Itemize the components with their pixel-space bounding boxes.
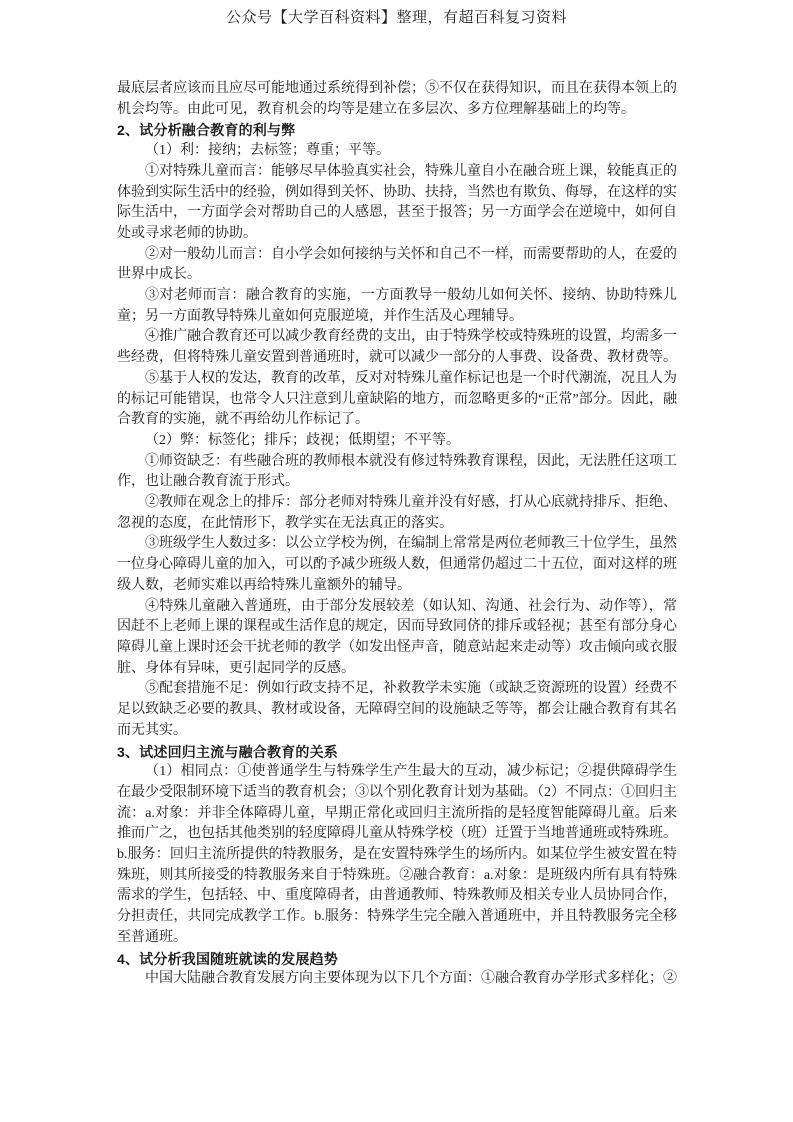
page-header: 公众号【大学百科资料】整理，有超百科复习资料 [0, 8, 793, 28]
paragraph: ③班级学生人数过多：以公立学校为例，在编制上常常是两位老师教三十位学生，虽然一位… [117, 534, 677, 596]
paragraph: ⑤配套措施不足：例如行政支持不足，补救教学未实施（或缺乏资源班的设置）经费不足以… [117, 679, 677, 741]
section-heading: 4、试分析我国随班就读的发展趋势 [117, 949, 677, 970]
section-heading: 3、试述回归主流与融合教育的关系 [117, 742, 677, 763]
paragraph: ⑤基于人权的发达，教育的改革，反对对特殊儿童作标记也是一个时代潮流，况且人为的标… [117, 369, 677, 431]
paragraph: ②教师在观念上的排斥：部分老师对特殊儿童并没有好感，打从心底就持排斥、拒绝、忽视… [117, 493, 677, 534]
paragraph: ①对特殊儿童而言：能够尽早体验真实社会，特殊儿童自小在融合班上课，较能真正的体验… [117, 162, 677, 245]
paragraph: （1）相同点：①使普通学生与特殊学生产生最大的互动，减少标记；②提供障碍学生在最… [117, 762, 677, 948]
document-body: 最底层者应该而且应尽可能地通过系统得到补偿；⑤不仅在获得知识，而且在获得本领上的… [117, 79, 677, 990]
paragraph: 中国大陆融合教育发展方向主要体现为以下几个方面：①融合教育办学形式多样化；② [117, 969, 677, 990]
paragraph: ④特殊儿童融入普通班，由于部分发展较差（如认知、沟通、社会行为、动作等），常因赶… [117, 597, 677, 680]
paragraph: ④推广融合教育还可以减少教育经费的支出，由于特殊学校或特殊班的设置，均需多一些经… [117, 327, 677, 368]
paragraph: 最底层者应该而且应尽可能地通过系统得到补偿；⑤不仅在获得知识，而且在获得本领上的… [117, 79, 677, 120]
document-page: 公众号【大学百科资料】整理，有超百科复习资料 最底层者应该而且应尽可能地通过系统… [0, 0, 793, 1122]
paragraph: ②对一般幼儿而言：自小学会如何接纳与关怀和自己不一样，而需要帮助的人，在爱的世界… [117, 245, 677, 286]
paragraph: ①师资缺乏：有些融合班的教师根本就没有修过特殊教育课程，因此，无法胜任这项工作，… [117, 452, 677, 493]
paragraph: （2）弊：标签化；排斥；歧视；低期望；不平等。 [117, 431, 677, 452]
section-heading: 2、试分析融合教育的利与弊 [117, 120, 677, 141]
paragraph: （1）利：接纳；去标签；尊重；平等。 [117, 141, 677, 162]
paragraph: ③对老师而言：融合教育的实施，一方面教导一般幼儿如何关怀、接纳、协助特殊儿童；另… [117, 286, 677, 327]
